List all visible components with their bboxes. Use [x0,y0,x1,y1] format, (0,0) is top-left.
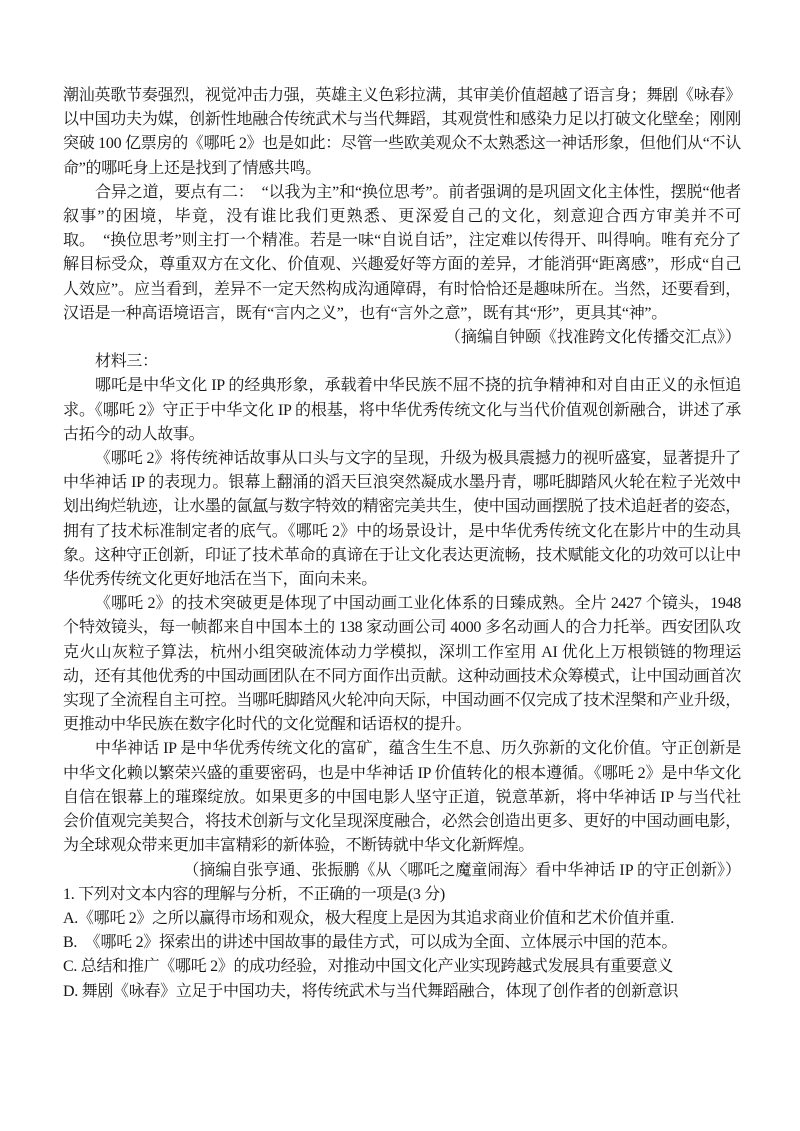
question-1-option-b: B. 《哪吒 2》探索出的讲述中国故事的最佳方式，可以成为全面、立体展示中国的范… [63,931,741,955]
material3-paragraph-4: 中华神话 IP 是中华优秀传统文化的富矿，蕴含生生不息、历久弥新的文化价值。守正… [63,737,741,858]
material2-attribution: （摘编自钟颐《找准跨文化传播交汇点》） [63,326,741,350]
question-1-stem: 1. 下列对文本内容的理解与分析，不正确的一项是(3 分) [63,883,741,907]
exam-paper-page: 潮汕英歌节奏强烈，视觉冲击力强，英雄主义色彩拉满，其审美价值超越了语言身；舞剧《… [0,0,800,1131]
material2-paragraph-approach: 合异之道，要点有二： “以我为主”和“换位思考”。前者强调的是巩固文化主体性，摆… [63,181,741,326]
question-1-option-a: A.《哪吒 2》之所以赢得市场和观众，极大程度上是因为其追求商业价值和艺术价值并… [63,907,741,931]
document-body: 潮汕英歌节奏强烈，视觉冲击力强，英雄主义色彩拉满，其审美价值超越了语言身；舞剧《… [63,84,741,1004]
material3-attribution: （摘编自张亨通、张振鹏《从〈哪吒之魔童闹海〉看中华神话 IP 的守正创新》） [63,859,741,883]
material3-paragraph-1: 哪吒是中华文化 IP 的经典形象，承载着中华民族不屈不挠的抗争精神和对自由正义的… [63,374,741,447]
question-1-option-c: C. 总结和推广《哪吒 2》的成功经验，对推动中国文化产业实现跨越式发展具有重要… [63,955,741,979]
material3-paragraph-2: 《哪吒 2》将传统神话故事从口头与文字的呈现，升级为极具震撼力的视听盛宴，显著提… [63,447,741,592]
material2-paragraph-continuation: 潮汕英歌节奏强烈，视觉冲击力强，英雄主义色彩拉满，其审美价值超越了语言身；舞剧《… [63,84,741,181]
material3-heading: 材料三： [63,350,741,374]
question-1-option-d: D. 舞剧《咏春》立足于中国功夫，将传统武术与当代舞蹈融合，体现了创作者的创新意… [63,980,741,1004]
material3-paragraph-3: 《哪吒 2》的技术突破更是体现了中国动画工业化体系的日臻成熟。全片 2427 个… [63,592,741,737]
